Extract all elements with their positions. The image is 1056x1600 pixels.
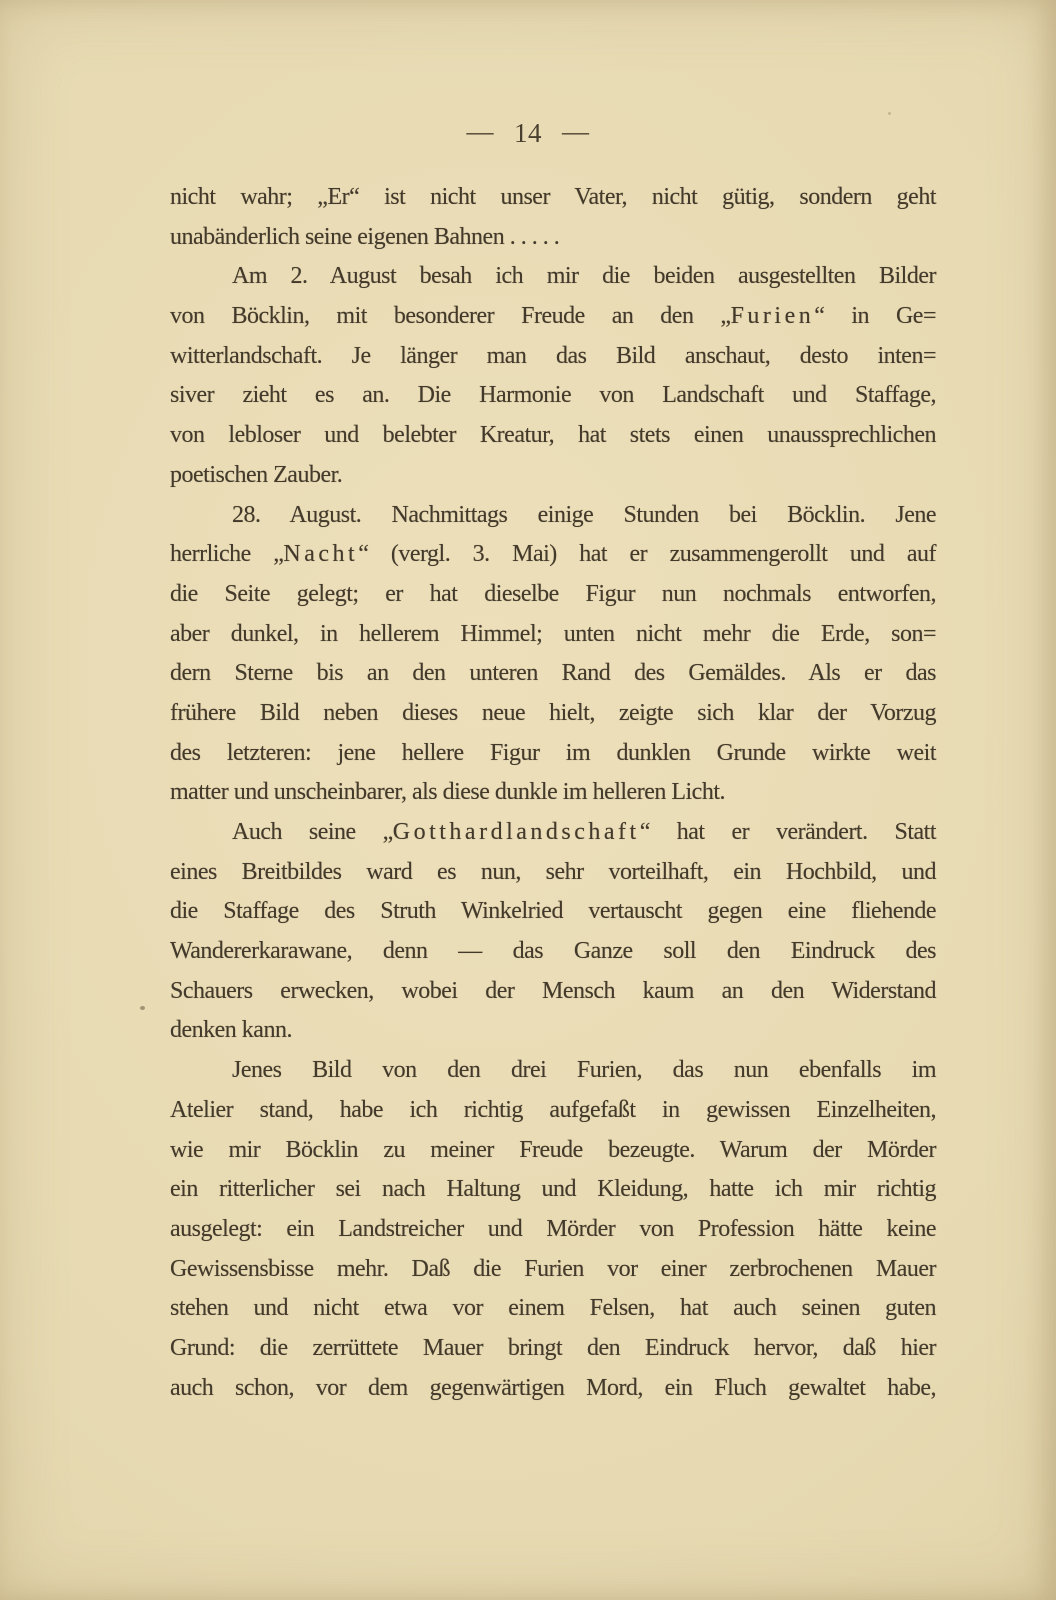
text-line: Grund: die zerrüttete Mauer bringt den E… [170,1329,936,1369]
text-line: Auch seine „Gotthardlandschaft“ hat er v… [170,813,936,853]
book-page: —14— nicht wahr; „Er“ ist nicht unser Va… [0,0,1056,1600]
text-segment: wie mir Böcklin zu meiner Freude bezeugt… [170,1137,936,1163]
text-segment: ausgelegt: ein Landstreicher und Mörder … [170,1216,936,1242]
text-segment: die Seite gelegt; er hat dieselbe Figur … [170,581,936,607]
text-segment: “ in Ge= [814,303,936,329]
text-segment: von lebloser und belebter Kreatur, hat s… [170,422,936,448]
header-left-dash: — [467,116,495,146]
text-segment: auch schon, vor dem gegenwärtigen Mord, … [170,1375,936,1401]
paper-speck [140,1006,145,1010]
text-segment: matter und unscheinbarer, als diese dunk… [170,779,725,805]
text-segment: Grund: die zerrüttete Mauer bringt den E… [170,1335,936,1361]
text-segment: des letzteren: jene hellere Figur im dun… [170,740,936,766]
text-segment: nicht wahr; „Er“ ist nicht unser Vater, … [170,184,936,210]
text-segment: frühere Bild neben dieses neue hielt, ze… [170,700,936,726]
text-line: unabänderlich seine eigenen Bahnen . . .… [170,218,936,258]
text-line: witterlandschaft. Je länger man das Bild… [170,337,936,377]
text-line: ein ritterlicher sei nach Haltung und Kl… [170,1170,936,1210]
text-line: nicht wahr; „Er“ ist nicht unser Vater, … [170,178,936,218]
text-line: stehen und nicht etwa vor einem Felsen, … [170,1289,936,1329]
text-segment: stehen und nicht etwa vor einem Felsen, … [170,1295,936,1321]
text-segment: dern Sterne bis an den unteren Rand des … [170,660,936,686]
text-segment: Auch seine „ [232,819,393,845]
text-segment: “ hat er verändert. Statt [640,819,936,845]
emphasized-word: Furien [731,303,815,329]
text-segment: die Staffage des Struth Winkelried verta… [170,898,936,924]
text-line: die Staffage des Struth Winkelried verta… [170,892,936,932]
text-line: Jenes Bild von den drei Furien, das nun … [170,1051,936,1091]
text-line: dern Sterne bis an den unteren Rand des … [170,654,936,694]
text-segment: Schauers erwecken, wobei der Mensch kaum… [170,978,936,1004]
text-line: Wandererkarawane, denn — das Ganze soll … [170,932,936,972]
text-segment: poetischen Zauber. [170,462,342,488]
text-line: ausgelegt: ein Landstreicher und Mörder … [170,1210,936,1250]
page-header: —14— [0,118,1056,149]
text-segment: eines Breitbildes ward es nun, sehr vort… [170,859,936,885]
text-line: Am 2. August besah ich mir die beiden au… [170,257,936,297]
text-line: 28. August. Nachmittags einige Stunden b… [170,496,936,536]
text-segment: Jenes Bild von den drei Furien, das nun … [232,1057,936,1083]
text-segment: Am 2. August besah ich mir die beiden au… [232,263,936,289]
text-segment: von Böcklin, mit besonderer Freude an de… [170,303,731,329]
text-segment: witterlandschaft. Je länger man das Bild… [170,343,936,369]
emphasized-word: Nacht [283,541,358,567]
text-line: Gewissensbisse mehr. Daß die Furien vor … [170,1250,936,1290]
text-segment: Atelier stand, habe ich richtig aufgefaß… [170,1097,936,1123]
text-segment: unabänderlich seine eigenen Bahnen . . .… [170,224,559,250]
text-line: poetischen Zauber. [170,456,936,496]
paper-speck [888,112,891,115]
text-line: wie mir Böcklin zu meiner Freude bezeugt… [170,1131,936,1171]
text-line: Atelier stand, habe ich richtig aufgefaß… [170,1091,936,1131]
text-line: die Seite gelegt; er hat dieselbe Figur … [170,575,936,615]
text-line: eines Breitbildes ward es nun, sehr vort… [170,853,936,893]
text-line: des letzteren: jene hellere Figur im dun… [170,734,936,774]
text-segment: herrliche „ [170,541,283,567]
text-line: herrliche „Nacht“ (vergl. 3. Mai) hat er… [170,535,936,575]
text-line: siver zieht es an. Die Harmonie von Land… [170,376,936,416]
text-line: von Böcklin, mit besonderer Freude an de… [170,297,936,337]
text-segment: Gewissensbisse mehr. Daß die Furien vor … [170,1256,936,1282]
text-segment: aber dunkel, in hellerem Himmel; unten n… [170,621,936,647]
header-right-dash: — [562,116,590,146]
text-segment: Wandererkarawane, denn — das Ganze soll … [170,938,936,964]
body-text: nicht wahr; „Er“ ist nicht unser Vater, … [170,178,936,1408]
text-segment: ein ritterlicher sei nach Haltung und Kl… [170,1176,936,1202]
text-segment: siver zieht es an. Die Harmonie von Land… [170,382,936,408]
text-line: Schauers erwecken, wobei der Mensch kaum… [170,972,936,1012]
text-line: denken kann. [170,1011,936,1051]
text-line: frühere Bild neben dieses neue hielt, ze… [170,694,936,734]
text-line: matter und unscheinbarer, als diese dunk… [170,773,936,813]
text-segment: denken kann. [170,1017,292,1043]
page-number: 14 [514,118,542,148]
text-line: von lebloser und belebter Kreatur, hat s… [170,416,936,456]
text-line: auch schon, vor dem gegenwärtigen Mord, … [170,1369,936,1409]
emphasized-word: Gotthardlandschaft [393,819,640,845]
text-segment: 28. August. Nachmittags einige Stunden b… [232,502,936,528]
text-line: aber dunkel, in hellerem Himmel; unten n… [170,615,936,655]
text-segment: “ (vergl. 3. Mai) hat er zusammengerollt… [358,541,936,567]
